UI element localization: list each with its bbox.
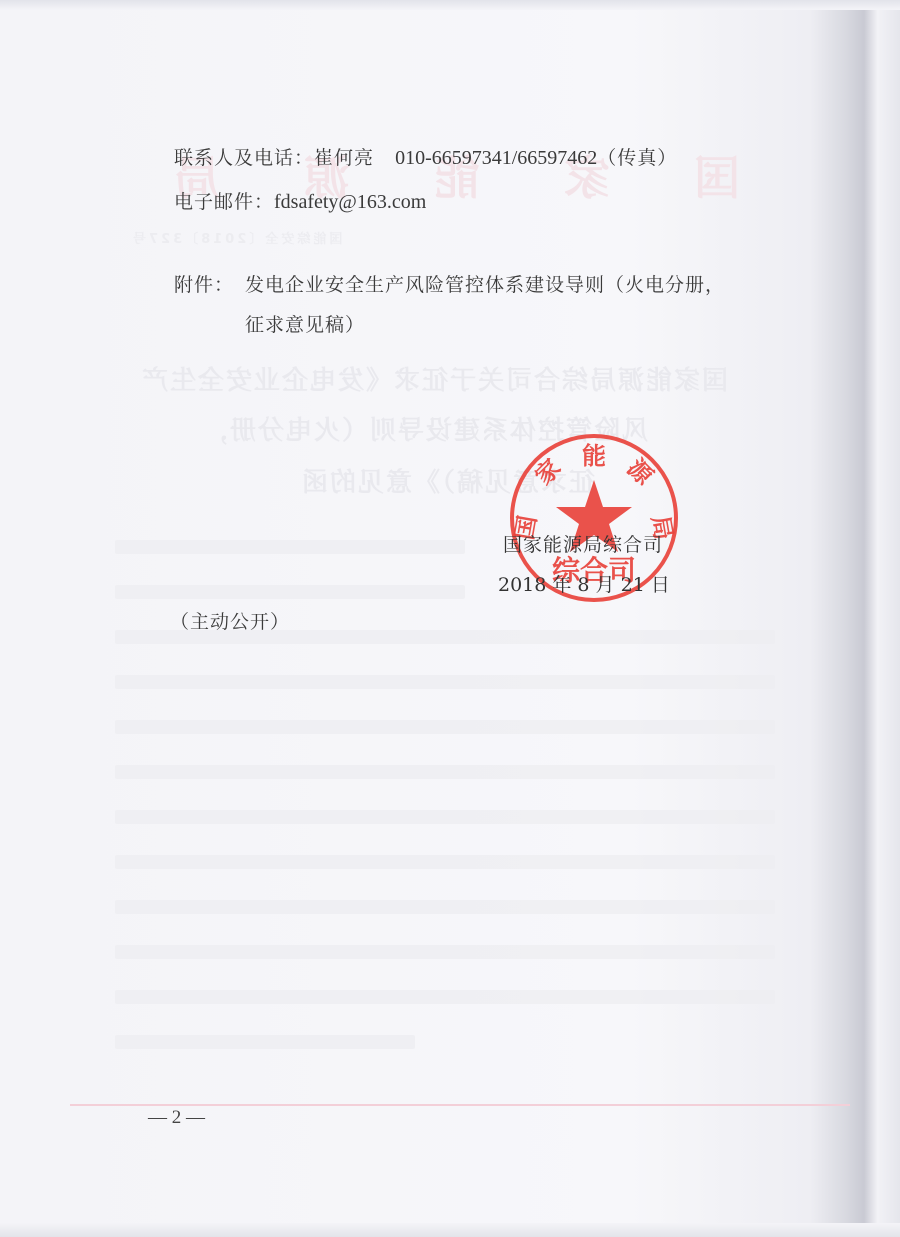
page-edge: [0, 0, 900, 10]
bleed-through-line: [115, 945, 775, 959]
issue-date: 2018 年 8 月 21 日: [498, 570, 670, 597]
bleed-through-line: [115, 990, 775, 1004]
page-edge: [0, 1223, 900, 1237]
bleed-through-line: [115, 720, 775, 734]
bleed-through-line: [115, 540, 465, 554]
bleed-through-line: [115, 900, 775, 914]
bleed-through-line: [115, 630, 775, 644]
contact-phone: 010-66597341/66597462: [395, 147, 597, 169]
signer-organization: 国家能源局综合司: [503, 530, 663, 557]
bleed-through-line: [115, 855, 775, 869]
email-line: 电子邮件：fdsafety@163.com: [174, 187, 426, 214]
bleed-through-line: [115, 765, 775, 779]
contact-label: 联系人及电话：: [174, 147, 314, 169]
footer-divider: [70, 1104, 850, 1106]
attachment-label: 附件：: [174, 270, 234, 297]
page-number: — 2 —: [148, 1107, 205, 1129]
contact-line: 联系人及电话：崔何亮 010-66597341/66597462（传真）: [174, 143, 677, 170]
attachment-title-line-2: 征求意见稿）: [245, 310, 365, 337]
bleed-through-line: [115, 675, 775, 689]
bleed-through-line: [115, 1035, 415, 1049]
bleed-through-doc-number: 国能综安全〔2018〕327号: [130, 228, 342, 247]
contact-phone-note: （传真）: [597, 147, 677, 169]
attachment-title-line-1: 发电企业安全生产风险管控体系建设导则（火电分册，: [245, 270, 725, 297]
contact-name: 崔何亮: [314, 147, 374, 169]
bleed-through-title-1: 国家能源局综合司关于征求《发电企业安全生产: [140, 360, 728, 397]
svg-text:能: 能: [582, 442, 606, 470]
email-value: fdsafety@163.com: [274, 191, 426, 213]
email-label: 电子邮件：: [174, 191, 274, 213]
bleed-through-line: [115, 810, 775, 824]
bleed-through-line: [115, 585, 465, 599]
